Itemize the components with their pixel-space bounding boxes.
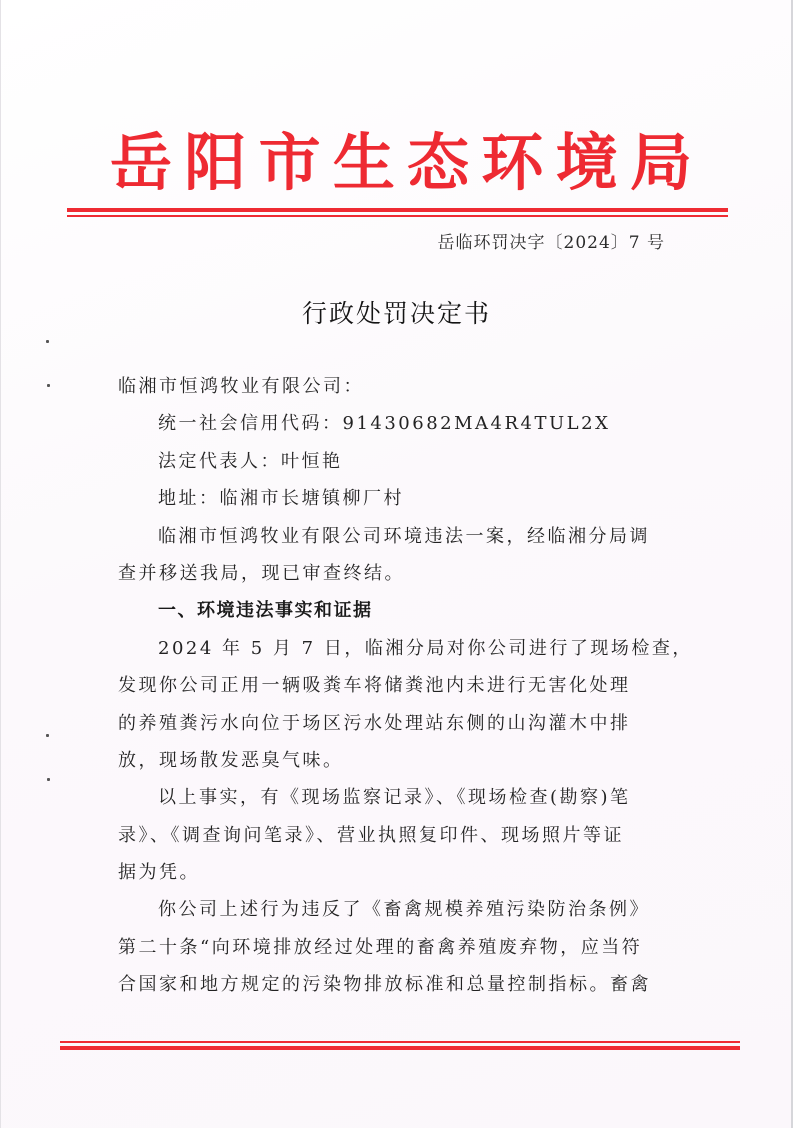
violation-paragraph-line: 你公司上述行为违反了《畜禽规模养殖污染防治条例》 bbox=[118, 891, 678, 928]
legal-representative: 法定代表人：叶恒艳 bbox=[118, 443, 678, 480]
binding-hole-mark bbox=[47, 384, 50, 387]
facts-paragraph-line: 放，现场散发恶臭气味。 bbox=[118, 742, 678, 779]
binding-hole-mark bbox=[46, 340, 49, 343]
facts-paragraph-line: 发现你公司正用一辆吸粪车将储粪池内未进行无害化处理 bbox=[118, 667, 678, 704]
footer-rule-thin bbox=[60, 1041, 740, 1043]
party-address: 地址：临湘市长塘镇柳厂村 bbox=[118, 480, 678, 517]
letterhead-char: 环 bbox=[481, 128, 543, 198]
letterhead-char: 境 bbox=[556, 128, 618, 198]
facts-paragraph-line: 的养殖粪污水向位于场区污水处理站东侧的山沟灌木中排 bbox=[118, 705, 678, 742]
evidence-paragraph-line: 录》、《调查询问笔录》、营业执照复印件、现场照片等证 bbox=[118, 817, 678, 854]
agency-letterhead: 岳 阳 市 生 态 环 境 局 bbox=[110, 128, 692, 198]
document-page: 岳 阳 市 生 态 环 境 局 岳临环罚决字〔2024〕7 号 行政处罚决定书 … bbox=[0, 0, 793, 1128]
binding-hole-mark bbox=[47, 778, 50, 781]
scan-edge-left bbox=[0, 0, 1, 1128]
footer-rule-thick bbox=[60, 1046, 740, 1050]
evidence-paragraph-line: 据为凭。 bbox=[118, 854, 678, 891]
letterhead-char: 市 bbox=[259, 128, 321, 198]
section-heading: 一、环境违法事实和证据 bbox=[118, 592, 678, 629]
document-body: 临湘市恒鸿牧业有限公司： 统一社会信用代码：91430682MA4R4TUL2X… bbox=[118, 368, 678, 1004]
letterhead-rule-thin bbox=[67, 215, 728, 217]
letterhead-rule-thick bbox=[67, 208, 728, 212]
letterhead-char: 生 bbox=[333, 128, 395, 198]
credit-code: 统一社会信用代码：91430682MA4R4TUL2X bbox=[118, 405, 678, 442]
evidence-paragraph-line: 以上事实，有《现场监察记录》、《现场检查(勘察)笔 bbox=[118, 779, 678, 816]
violation-paragraph-line: 第二十条“向环境排放经过处理的畜禽养殖废弃物，应当符 bbox=[118, 929, 678, 966]
letterhead-char: 阳 bbox=[184, 128, 246, 198]
intro-paragraph-line: 查并移送我局，现已审查终结。 bbox=[118, 555, 678, 592]
document-number: 岳临环罚决字〔2024〕7 号 bbox=[438, 230, 665, 256]
party-name: 临湘市恒鸿牧业有限公司： bbox=[118, 368, 678, 405]
binding-hole-mark bbox=[46, 734, 49, 737]
letterhead-char: 岳 bbox=[110, 128, 172, 198]
intro-paragraph-line: 临湘市恒鸿牧业有限公司环境违法一案，经临湘分局调 bbox=[118, 518, 678, 555]
facts-paragraph-line: 2024 年 5 月 7 日，临湘分局对你公司进行了现场检查， bbox=[118, 630, 678, 667]
violation-paragraph-line: 合国家和地方规定的污染物排放标准和总量控制指标。畜禽 bbox=[118, 966, 678, 1003]
document-title: 行政处罚决定书 bbox=[0, 298, 793, 330]
letterhead-char: 态 bbox=[407, 128, 469, 198]
letterhead-char: 局 bbox=[630, 128, 692, 198]
